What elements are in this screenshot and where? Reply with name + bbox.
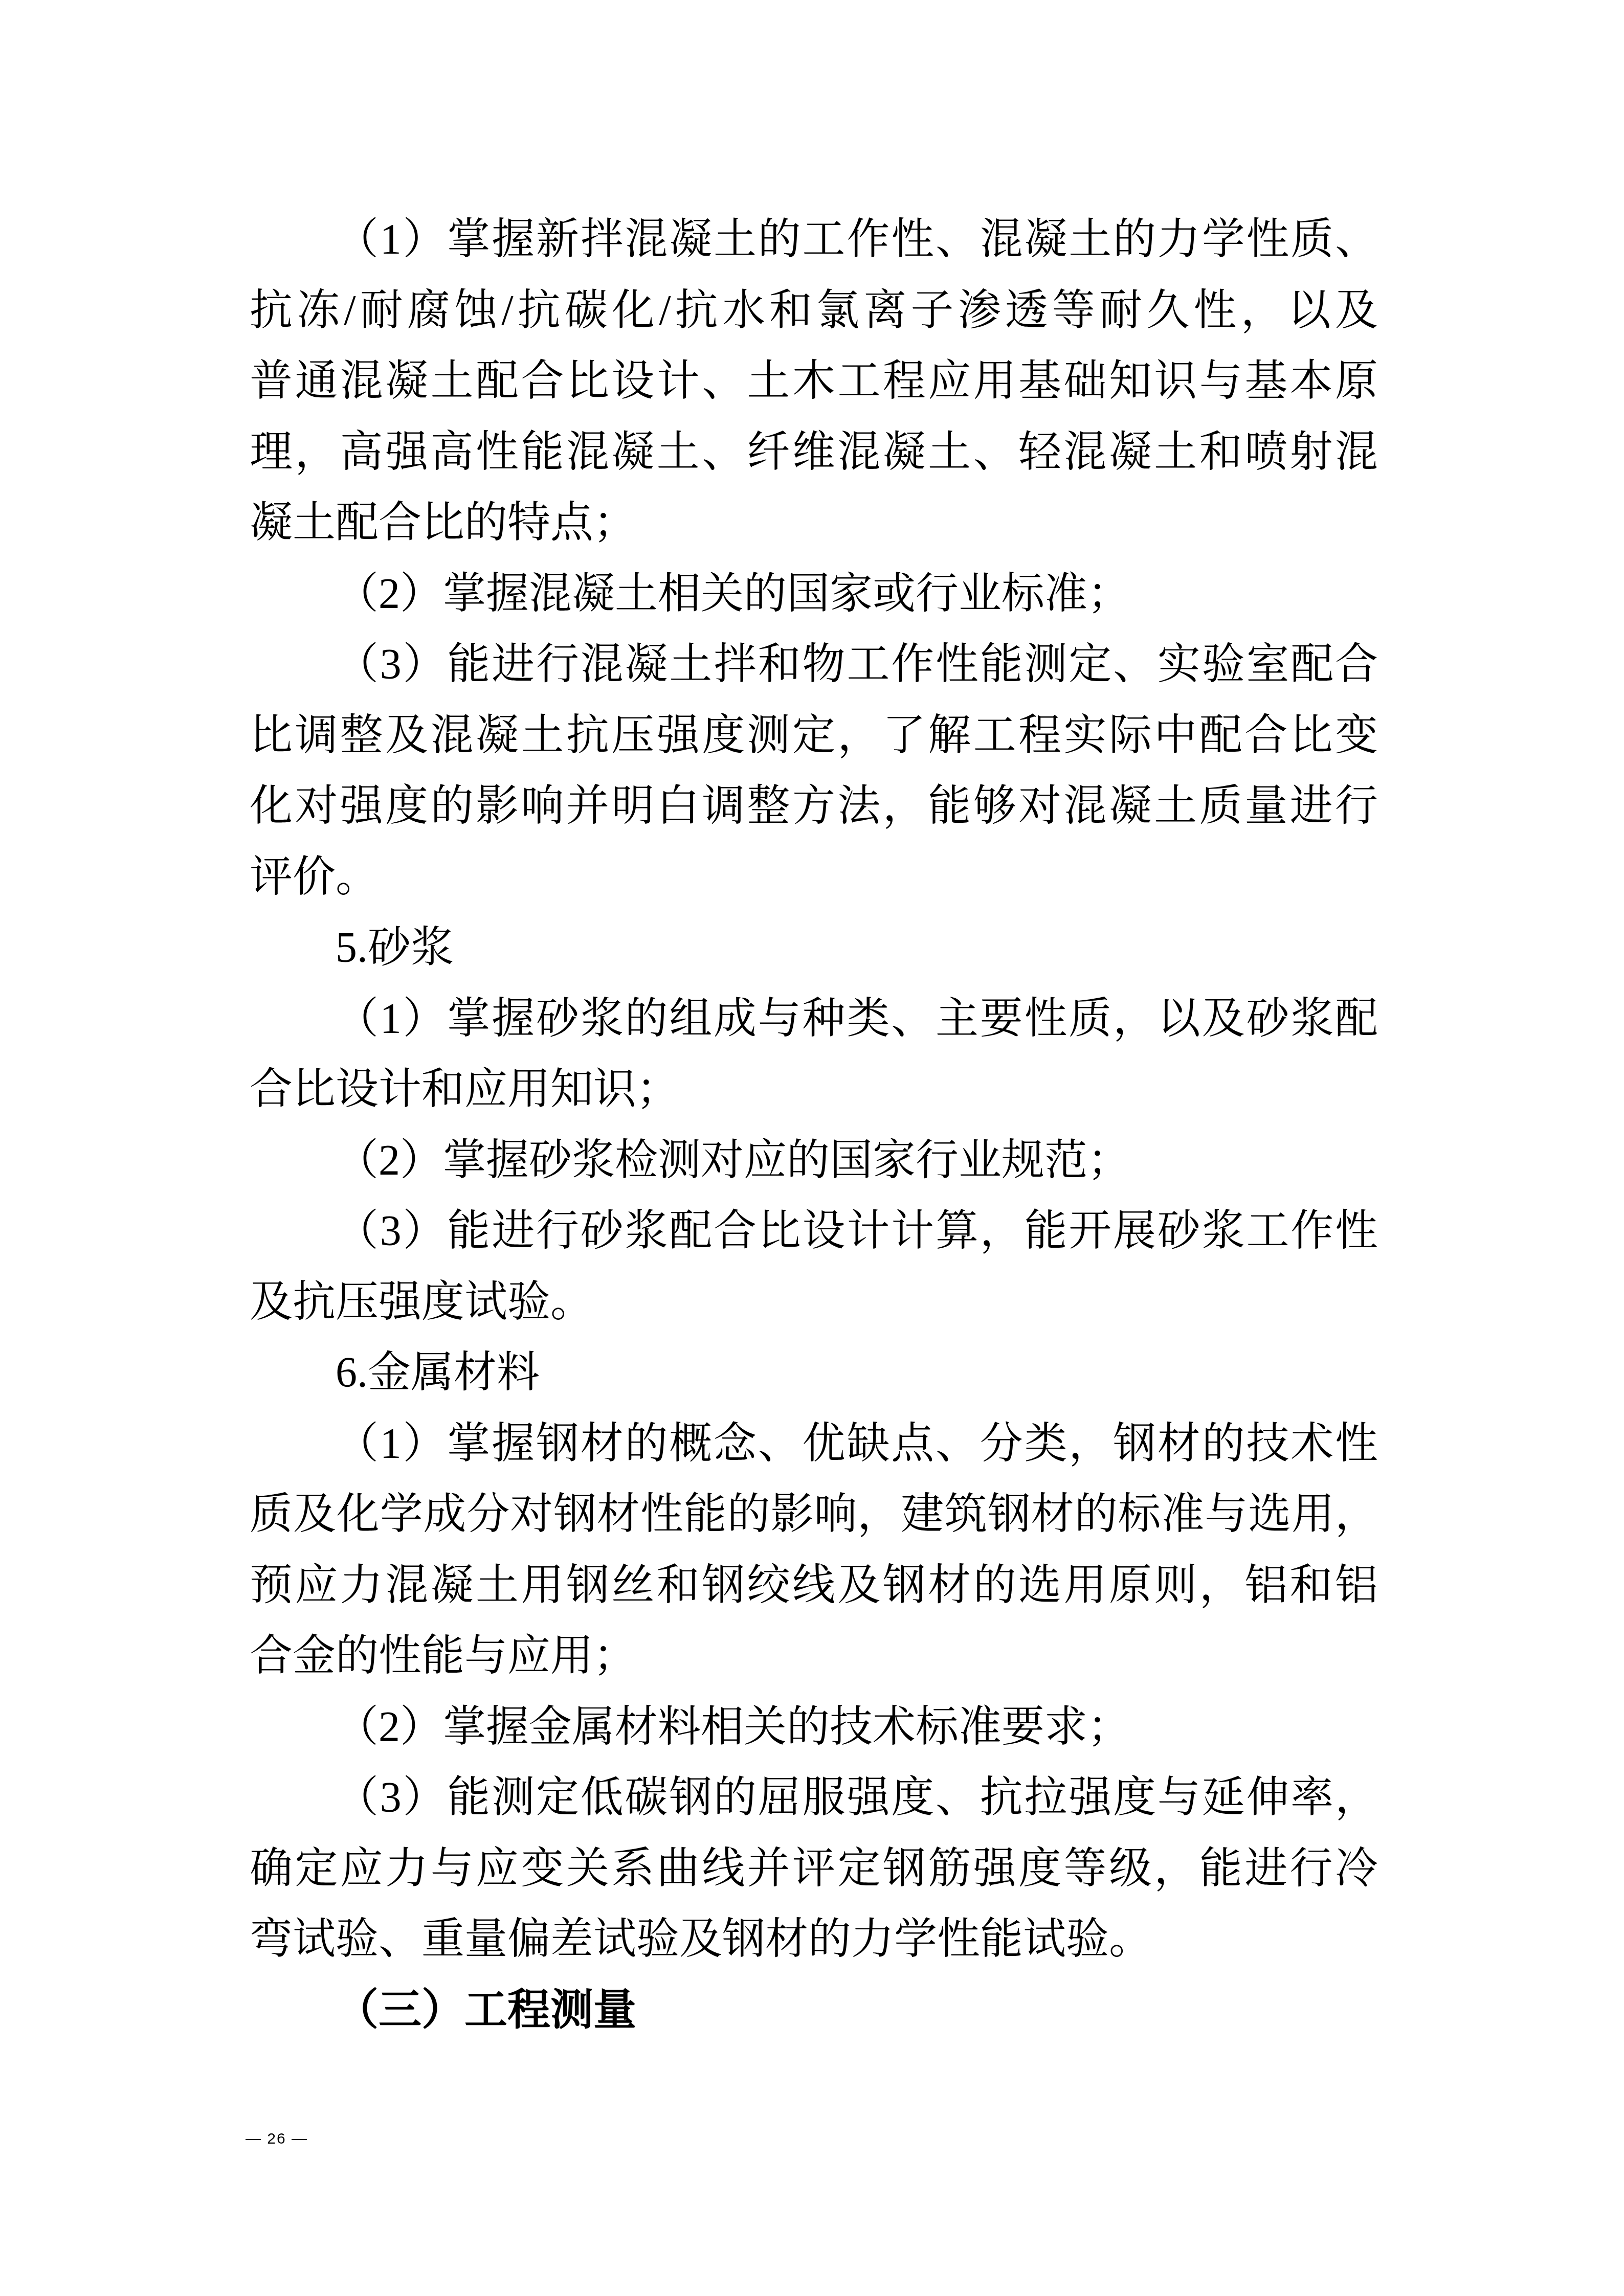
text-line: （2）掌握混凝土相关的国家或行业标准； — [250, 559, 1378, 630]
text-line: 凝土配合比的特点； — [250, 488, 1378, 559]
document-page: （1）掌握新拌混凝土的工作性、混凝土的力学性质、抗冻/耐腐蚀/抗碳化/抗水和氯离… — [0, 0, 1624, 2296]
text-line: 抗冻/耐腐蚀/抗碳化/抗水和氯离子渗透等耐久性，以及 — [250, 276, 1378, 347]
text-line: （1）掌握砂浆的组成与种类、主要性质，以及砂浆配 — [250, 984, 1378, 1055]
section-heading-line: （三）工程测量 — [250, 1975, 1378, 2046]
text-line: 及抗压强度试验。 — [250, 1267, 1378, 1338]
text-line: 弯试验、重量偏差试验及钢材的力学性能试验。 — [250, 1904, 1378, 1975]
text-line: 6.金属材料 — [250, 1338, 1378, 1409]
text-line: 合金的性能与应用； — [250, 1621, 1378, 1692]
text-line: （3）能测定低碳钢的屈服强度、抗拉强度与延伸率， — [250, 1763, 1378, 1834]
text-line: 预应力混凝土用钢丝和钢绞线及钢材的选用原则，铝和铝 — [250, 1550, 1378, 1622]
text-line: （2）掌握砂浆检测对应的国家行业规范； — [250, 1126, 1378, 1197]
text-line: 质及化学成分对钢材性能的影响，建筑钢材的标准与选用， — [250, 1479, 1378, 1550]
text-line: （3）能进行混凝土拌和物工作性能测定、实验室配合 — [250, 629, 1378, 701]
text-line: （3）能进行砂浆配合比设计计算，能开展砂浆工作性 — [250, 1196, 1378, 1267]
text-line: 确定应力与应变关系曲线并评定钢筋强度等级，能进行冷 — [250, 1834, 1378, 1905]
text-line: （1）掌握新拌混凝土的工作性、混凝土的力学性质、 — [250, 205, 1378, 276]
page-number: — 26 — — [246, 2129, 308, 2149]
body-text: （1）掌握新拌混凝土的工作性、混凝土的力学性质、抗冻/耐腐蚀/抗碳化/抗水和氯离… — [250, 205, 1378, 2046]
text-line: 5.砂浆 — [250, 913, 1378, 984]
text-line: 化对强度的影响并明白调整方法，能够对混凝土质量进行 — [250, 771, 1378, 842]
text-line: 理，高强高性能混凝土、纤维混凝土、轻混凝土和喷射混 — [250, 417, 1378, 488]
text-line: 评价。 — [250, 842, 1378, 913]
text-line: （1）掌握钢材的概念、优缺点、分类，钢材的技术性 — [250, 1409, 1378, 1480]
text-line: 普通混凝土配合比设计、土木工程应用基础知识与基本原 — [250, 346, 1378, 417]
text-line: 合比设计和应用知识； — [250, 1054, 1378, 1126]
text-line: （2）掌握金属材料相关的技术标准要求； — [250, 1692, 1378, 1763]
text-line: 比调整及混凝土抗压强度测定，了解工程实际中配合比变 — [250, 701, 1378, 772]
